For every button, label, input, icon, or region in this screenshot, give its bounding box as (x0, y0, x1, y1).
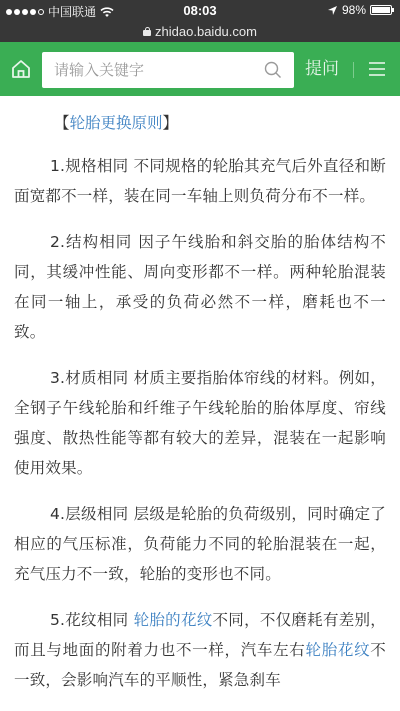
site-header: 提问 (0, 42, 400, 96)
paragraph-heading: 4.层级相同 (50, 505, 128, 523)
home-icon (10, 58, 32, 80)
bracket-close: 】 (163, 114, 179, 132)
paragraph-heading: 2.结构相同 (50, 233, 132, 251)
search-icon (264, 61, 282, 79)
tire-pattern-link[interactable]: 轮胎花纹 (306, 641, 371, 659)
section-title-text: 轮胎更换原则 (70, 114, 163, 132)
paragraph-heading: 3.材质相同 (50, 369, 128, 387)
url-text: zhidao.baidu.com (155, 24, 257, 39)
lock-icon (143, 27, 151, 36)
paragraph-heading: 1.规格相同 (50, 157, 128, 175)
location-arrow-icon (327, 5, 338, 16)
paragraph-4: 4.层级相同 层级是轮胎的负荷级别，同时确定了相应的气压标准，负荷能力不同的轮胎… (14, 499, 386, 589)
search-button[interactable] (258, 52, 288, 88)
bracket-open: 【 (54, 114, 70, 132)
paragraph-1: 1.规格相同 不同规格的轮胎其充气后外直径和断面宽都不一样，装在同一车轴上则负荷… (14, 151, 386, 211)
hamburger-menu-icon (368, 61, 386, 77)
status-bar: 中国联通 08:03 98% (0, 0, 400, 20)
tire-tread-link[interactable]: 轮胎的花纹 (134, 611, 213, 629)
search-input[interactable] (42, 61, 258, 79)
battery-icon (370, 5, 392, 15)
menu-button[interactable] (362, 42, 392, 96)
header-divider (353, 62, 354, 78)
address-bar[interactable]: zhidao.baidu.com (0, 20, 400, 42)
home-button[interactable] (0, 42, 42, 96)
section-title: 【轮胎更换原则】 (14, 109, 386, 137)
ask-question-button[interactable]: 提问 (305, 42, 339, 96)
paragraph-5: 5.花纹相同 轮胎的花纹不同，不仅磨耗有差别，而且与地面的附着力也不一样，汽车左… (14, 605, 386, 695)
paragraph-2: 2.结构相同 因子午线胎和斜交胎的胎体结构不同，其缓冲性能、周向变形都不一样。两… (14, 227, 386, 347)
paragraph-3: 3.材质相同 材质主要指胎体帘线的材料。例如，全钢子午线轮胎和纤维子午线轮胎的胎… (14, 363, 386, 483)
search-box (42, 52, 294, 88)
answer-content: 【轮胎更换原则】 1.规格相同 不同规格的轮胎其充气后外直径和断面宽都不一样，装… (0, 96, 400, 695)
paragraph-heading: 5.花纹相同 (50, 611, 128, 629)
battery-percent: 98% (342, 3, 366, 17)
